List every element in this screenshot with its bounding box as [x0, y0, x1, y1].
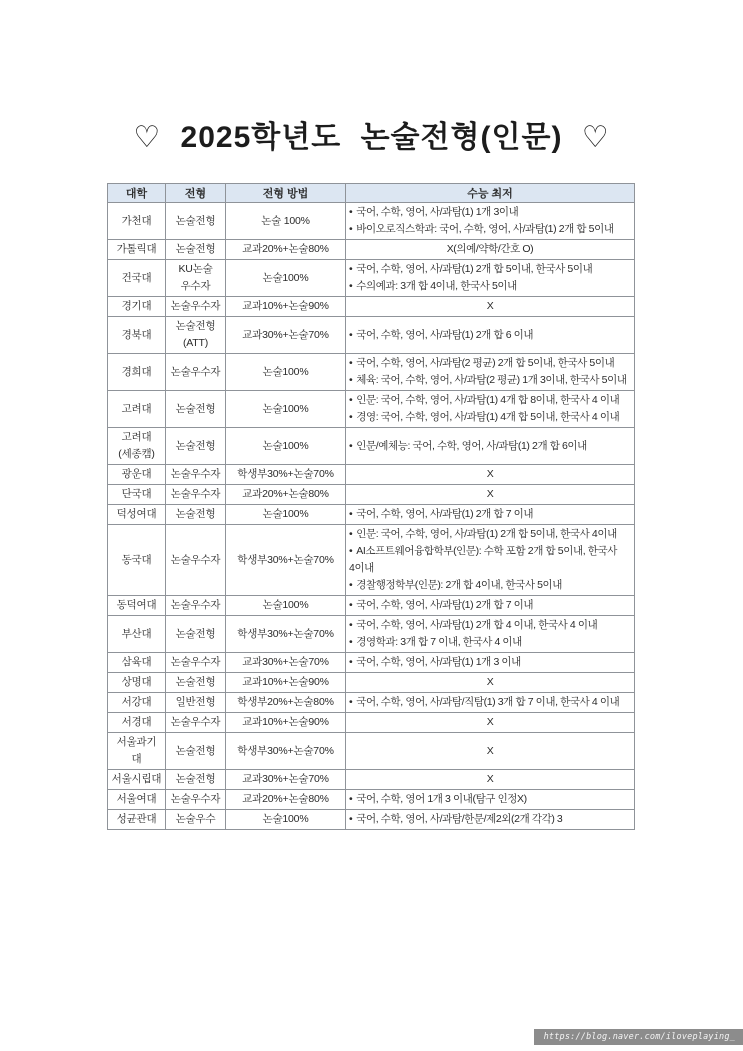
university-cell: 고려대 (세종캠): [108, 428, 166, 465]
university-cell: 서울시립대: [108, 770, 166, 790]
table-row: 가톨릭대논술전형교과20%+논술80%X(의예/약학/간호 O): [108, 240, 635, 260]
column-header-0: 대학: [108, 184, 166, 203]
table-header-row: 대학전형전형 방법수능 최저: [108, 184, 635, 203]
bullet-icon: •: [349, 579, 352, 591]
table-row: 서경대논술우수자교과10%+논술90%X: [108, 713, 635, 733]
track-cell: 논술전형: [166, 240, 226, 260]
bullet-item: •경영학과: 3개 합 7 이내, 한국사 4 이내: [349, 634, 631, 651]
minimum-cell: •인문/예체능: 국어, 수학, 영어, 사/과탐(1) 2개 합 6이내: [346, 428, 635, 465]
track-cell: 논술전형: [166, 770, 226, 790]
bullet-icon: •: [349, 411, 352, 423]
table-row: 동덕여대논술우수자논술100%•국어, 수학, 영어, 사/과탐(1) 2개 합…: [108, 596, 635, 616]
university-cell: 서경대: [108, 713, 166, 733]
method-cell: 논술100%: [226, 428, 346, 465]
table-row: 성균관대논술우수논술100%•국어, 수학, 영어, 사/과탐/한문/제2외(2…: [108, 810, 635, 830]
bullet-item: •수의예과: 3개 합 4이내, 한국사 5이내: [349, 278, 631, 295]
university-cell: 가천대: [108, 203, 166, 240]
minimum-cell: •국어, 수학, 영어 1개 3 이내(탐구 인정X): [346, 790, 635, 810]
table-row: 서강대일반전형학생부20%+논술80%•국어, 수학, 영어, 사/과탐/직탐(…: [108, 693, 635, 713]
bullet-item: •바이오로직스학과: 국어, 수학, 영어, 사/과탐(1) 2개 합 5이내: [349, 221, 631, 238]
university-cell: 성균관대: [108, 810, 166, 830]
bullet-item: •경영: 국어, 수학, 영어, 사/과탐(1) 4개 합 5이내, 한국사 4…: [349, 409, 631, 426]
bullet-item: •국어, 수학, 영어, 사/과탐(1) 2개 합 4 이내, 한국사 4 이내: [349, 617, 631, 634]
minimum-cell: X: [346, 733, 635, 770]
track-cell: 논술우수자: [166, 790, 226, 810]
track-cell: 논술우수자: [166, 713, 226, 733]
bullet-icon: •: [349, 793, 352, 805]
table-row: 고려대 (세종캠)논술전형논술100%•인문/예체능: 국어, 수학, 영어, …: [108, 428, 635, 465]
method-cell: 교과20%+논술80%: [226, 790, 346, 810]
minimum-cell: •국어, 수학, 영어, 사/과탐(1) 2개 합 5이내, 한국사 5이내•수…: [346, 260, 635, 297]
method-cell: 교과30%+논술70%: [226, 653, 346, 673]
track-cell: 논술우수자: [166, 485, 226, 505]
track-cell: 논술전형: [166, 616, 226, 653]
bullet-icon: •: [349, 696, 352, 708]
university-cell: 경기대: [108, 297, 166, 317]
table-row: 서울과기 대논술전형학생부30%+논술70%X: [108, 733, 635, 770]
method-cell: 논술100%: [226, 354, 346, 391]
method-cell: 논술100%: [226, 505, 346, 525]
table-row: 서울시립대논술전형교과30%+논술70%X: [108, 770, 635, 790]
track-cell: 논술우수자: [166, 596, 226, 616]
table-row: 덕성여대논술전형논술100%•국어, 수학, 영어, 사/과탐(1) 2개 합 …: [108, 505, 635, 525]
bullet-icon: •: [349, 636, 352, 648]
track-cell: 논술우수: [166, 810, 226, 830]
track-cell: 논술전형 (ATT): [166, 317, 226, 354]
minimum-cell: •국어, 수학, 영어, 사/과탐/한문/제2외(2개 각각) 3: [346, 810, 635, 830]
bullet-icon: •: [349, 394, 352, 406]
bullet-icon: •: [349, 619, 352, 631]
bullet-icon: •: [349, 599, 352, 611]
method-cell: 학생부30%+논술70%: [226, 525, 346, 596]
table-row: 광운대논술우수자학생부30%+논술70%X: [108, 465, 635, 485]
bullet-icon: •: [349, 329, 352, 341]
track-cell: 논술전형: [166, 203, 226, 240]
bullet-icon: •: [349, 545, 352, 557]
bullet-item: •인문: 국어, 수학, 영어, 사/과탐(1) 4개 합 8이내, 한국사 4…: [349, 392, 631, 409]
track-cell: 논술전형: [166, 428, 226, 465]
table-row: 경기대논술우수자교과10%+논술90%X: [108, 297, 635, 317]
bullet-item: •국어, 수학, 영어, 사/과탐(1) 2개 합 6 이내: [349, 327, 631, 344]
bullet-icon: •: [349, 656, 352, 668]
method-cell: 교과30%+논술70%: [226, 770, 346, 790]
method-cell: 논술100%: [226, 596, 346, 616]
bullet-icon: •: [349, 508, 352, 520]
bullet-item: •국어, 수학, 영어, 사/과탐/한문/제2외(2개 각각) 3: [349, 811, 631, 828]
bullet-item: •인문: 국어, 수학, 영어, 사/과탐(1) 2개 합 5이내, 한국사 4…: [349, 526, 631, 543]
minimum-cell: X(의예/약학/간호 O): [346, 240, 635, 260]
bullet-item: •인문/예체능: 국어, 수학, 영어, 사/과탐(1) 2개 합 6이내: [349, 438, 631, 455]
university-cell: 서울과기 대: [108, 733, 166, 770]
bullet-item: •국어, 수학, 영어, 사/과탐/직탐(1) 3개 합 7 이내, 한국사 4…: [349, 694, 631, 711]
bullet-item: •국어, 수학, 영어, 사/과탐(1) 2개 합 7 이내: [349, 506, 631, 523]
bullet-icon: •: [349, 528, 352, 540]
university-cell: 경북대: [108, 317, 166, 354]
track-cell: KU논술 우수자: [166, 260, 226, 297]
track-cell: 논술전형: [166, 391, 226, 428]
table-row: 서울여대논술우수자교과20%+논술80%•국어, 수학, 영어 1개 3 이내(…: [108, 790, 635, 810]
admissions-table-container: 대학전형전형 방법수능 최저 가천대논술전형논술 100%•국어, 수학, 영어…: [107, 183, 634, 830]
minimum-cell: X: [346, 297, 635, 317]
method-cell: 논술100%: [226, 260, 346, 297]
table-row: 부산대논술전형학생부30%+논술70%•국어, 수학, 영어, 사/과탐(1) …: [108, 616, 635, 653]
track-cell: 일반전형: [166, 693, 226, 713]
method-cell: 학생부20%+논술80%: [226, 693, 346, 713]
method-cell: 논술 100%: [226, 203, 346, 240]
university-cell: 고려대: [108, 391, 166, 428]
table-row: 단국대논술우수자교과20%+논술80%X: [108, 485, 635, 505]
table-row: 건국대KU논술 우수자논술100%•국어, 수학, 영어, 사/과탐(1) 2개…: [108, 260, 635, 297]
minimum-cell: •국어, 수학, 영어, 사/과탐(1) 2개 합 7 이내: [346, 596, 635, 616]
minimum-cell: •국어, 수학, 영어, 사/과탐(1) 1개 3 이내: [346, 653, 635, 673]
bullet-item: •AI소프트웨어융합학부(인문): 수학 포함 2개 합 5이내, 한국사 4이…: [349, 543, 631, 577]
minimum-cell: X: [346, 770, 635, 790]
university-cell: 부산대: [108, 616, 166, 653]
method-cell: 논술100%: [226, 810, 346, 830]
column-header-3: 수능 최저: [346, 184, 635, 203]
method-cell: 교과30%+논술70%: [226, 317, 346, 354]
page-title: ♡ 2025학년도 논술전형(인문) ♡: [0, 112, 743, 156]
table-row: 가천대논술전형논술 100%•국어, 수학, 영어, 사/과탐(1) 1개 3이…: [108, 203, 635, 240]
university-cell: 건국대: [108, 260, 166, 297]
university-cell: 동국대: [108, 525, 166, 596]
bullet-icon: •: [349, 263, 352, 275]
watermark: https://blog.naver.com/iloveplaying_: [534, 1029, 743, 1045]
table-row: 경희대논술우수자논술100%•국어, 수학, 영어, 사/과탐(2 평균) 2개…: [108, 354, 635, 391]
university-cell: 삼육대: [108, 653, 166, 673]
bullet-item: •국어, 수학, 영어, 사/과탐(1) 1개 3 이내: [349, 654, 631, 671]
bullet-icon: •: [349, 206, 352, 218]
university-cell: 단국대: [108, 485, 166, 505]
bullet-item: •체육: 국어, 수학, 영어, 사/과탐(2 평균) 1개 3이내, 한국사 …: [349, 372, 631, 389]
track-cell: 논술전형: [166, 505, 226, 525]
bullet-icon: •: [349, 813, 352, 825]
column-header-2: 전형 방법: [226, 184, 346, 203]
bullet-item: •국어, 수학, 영어, 사/과탐(2 평균) 2개 합 5이내, 한국사 5이…: [349, 355, 631, 372]
bullet-icon: •: [349, 223, 352, 235]
bullet-icon: •: [349, 357, 352, 369]
method-cell: 교과10%+논술90%: [226, 713, 346, 733]
minimum-cell: •국어, 수학, 영어, 사/과탐/직탐(1) 3개 합 7 이내, 한국사 4…: [346, 693, 635, 713]
university-cell: 덕성여대: [108, 505, 166, 525]
method-cell: 교과10%+논술90%: [226, 297, 346, 317]
bullet-item: •경찰행정학부(인문): 2개 합 4이내, 한국사 5이내: [349, 577, 631, 594]
bullet-icon: •: [349, 374, 352, 386]
minimum-cell: X: [346, 713, 635, 733]
minimum-cell: •인문: 국어, 수학, 영어, 사/과탐(1) 4개 합 8이내, 한국사 4…: [346, 391, 635, 428]
bullet-item: •국어, 수학, 영어, 사/과탐(1) 2개 합 7 이내: [349, 597, 631, 614]
track-cell: 논술전형: [166, 673, 226, 693]
admissions-table: 대학전형전형 방법수능 최저 가천대논술전형논술 100%•국어, 수학, 영어…: [107, 183, 635, 830]
table-row: 상명대논술전형교과10%+논술90%X: [108, 673, 635, 693]
university-cell: 상명대: [108, 673, 166, 693]
method-cell: 교과20%+논술80%: [226, 240, 346, 260]
minimum-cell: X: [346, 485, 635, 505]
minimum-cell: •국어, 수학, 영어, 사/과탐(1) 2개 합 4 이내, 한국사 4 이내…: [346, 616, 635, 653]
bullet-item: •국어, 수학, 영어 1개 3 이내(탐구 인정X): [349, 791, 631, 808]
minimum-cell: •국어, 수학, 영어, 사/과탐(1) 1개 3이내•바이오로직스학과: 국어…: [346, 203, 635, 240]
track-cell: 논술우수자: [166, 354, 226, 391]
track-cell: 논술우수자: [166, 297, 226, 317]
method-cell: 교과10%+논술90%: [226, 673, 346, 693]
bullet-icon: •: [349, 440, 352, 452]
university-cell: 경희대: [108, 354, 166, 391]
method-cell: 학생부30%+논술70%: [226, 733, 346, 770]
minimum-cell: •국어, 수학, 영어, 사/과탐(1) 2개 합 7 이내: [346, 505, 635, 525]
track-cell: 논술우수자: [166, 653, 226, 673]
minimum-cell: •국어, 수학, 영어, 사/과탐(2 평균) 2개 합 5이내, 한국사 5이…: [346, 354, 635, 391]
table-row: 삼육대논술우수자교과30%+논술70%•국어, 수학, 영어, 사/과탐(1) …: [108, 653, 635, 673]
minimum-cell: •인문: 국어, 수학, 영어, 사/과탐(1) 2개 합 5이내, 한국사 4…: [346, 525, 635, 596]
minimum-cell: •국어, 수학, 영어, 사/과탐(1) 2개 합 6 이내: [346, 317, 635, 354]
bullet-icon: •: [349, 280, 352, 292]
bullet-item: •국어, 수학, 영어, 사/과탐(1) 2개 합 5이내, 한국사 5이내: [349, 261, 631, 278]
method-cell: 교과20%+논술80%: [226, 485, 346, 505]
university-cell: 서강대: [108, 693, 166, 713]
column-header-1: 전형: [166, 184, 226, 203]
method-cell: 학생부30%+논술70%: [226, 465, 346, 485]
track-cell: 논술우수자: [166, 465, 226, 485]
method-cell: 논술100%: [226, 391, 346, 428]
method-cell: 학생부30%+논술70%: [226, 616, 346, 653]
table-row: 고려대논술전형논술100%•인문: 국어, 수학, 영어, 사/과탐(1) 4개…: [108, 391, 635, 428]
university-cell: 서울여대: [108, 790, 166, 810]
minimum-cell: X: [346, 465, 635, 485]
minimum-cell: X: [346, 673, 635, 693]
university-cell: 광운대: [108, 465, 166, 485]
university-cell: 가톨릭대: [108, 240, 166, 260]
table-row: 동국대논술우수자학생부30%+논술70%•인문: 국어, 수학, 영어, 사/과…: [108, 525, 635, 596]
track-cell: 논술우수자: [166, 525, 226, 596]
university-cell: 동덕여대: [108, 596, 166, 616]
bullet-item: •국어, 수학, 영어, 사/과탐(1) 1개 3이내: [349, 204, 631, 221]
table-row: 경북대논술전형 (ATT)교과30%+논술70%•국어, 수학, 영어, 사/과…: [108, 317, 635, 354]
track-cell: 논술전형: [166, 733, 226, 770]
